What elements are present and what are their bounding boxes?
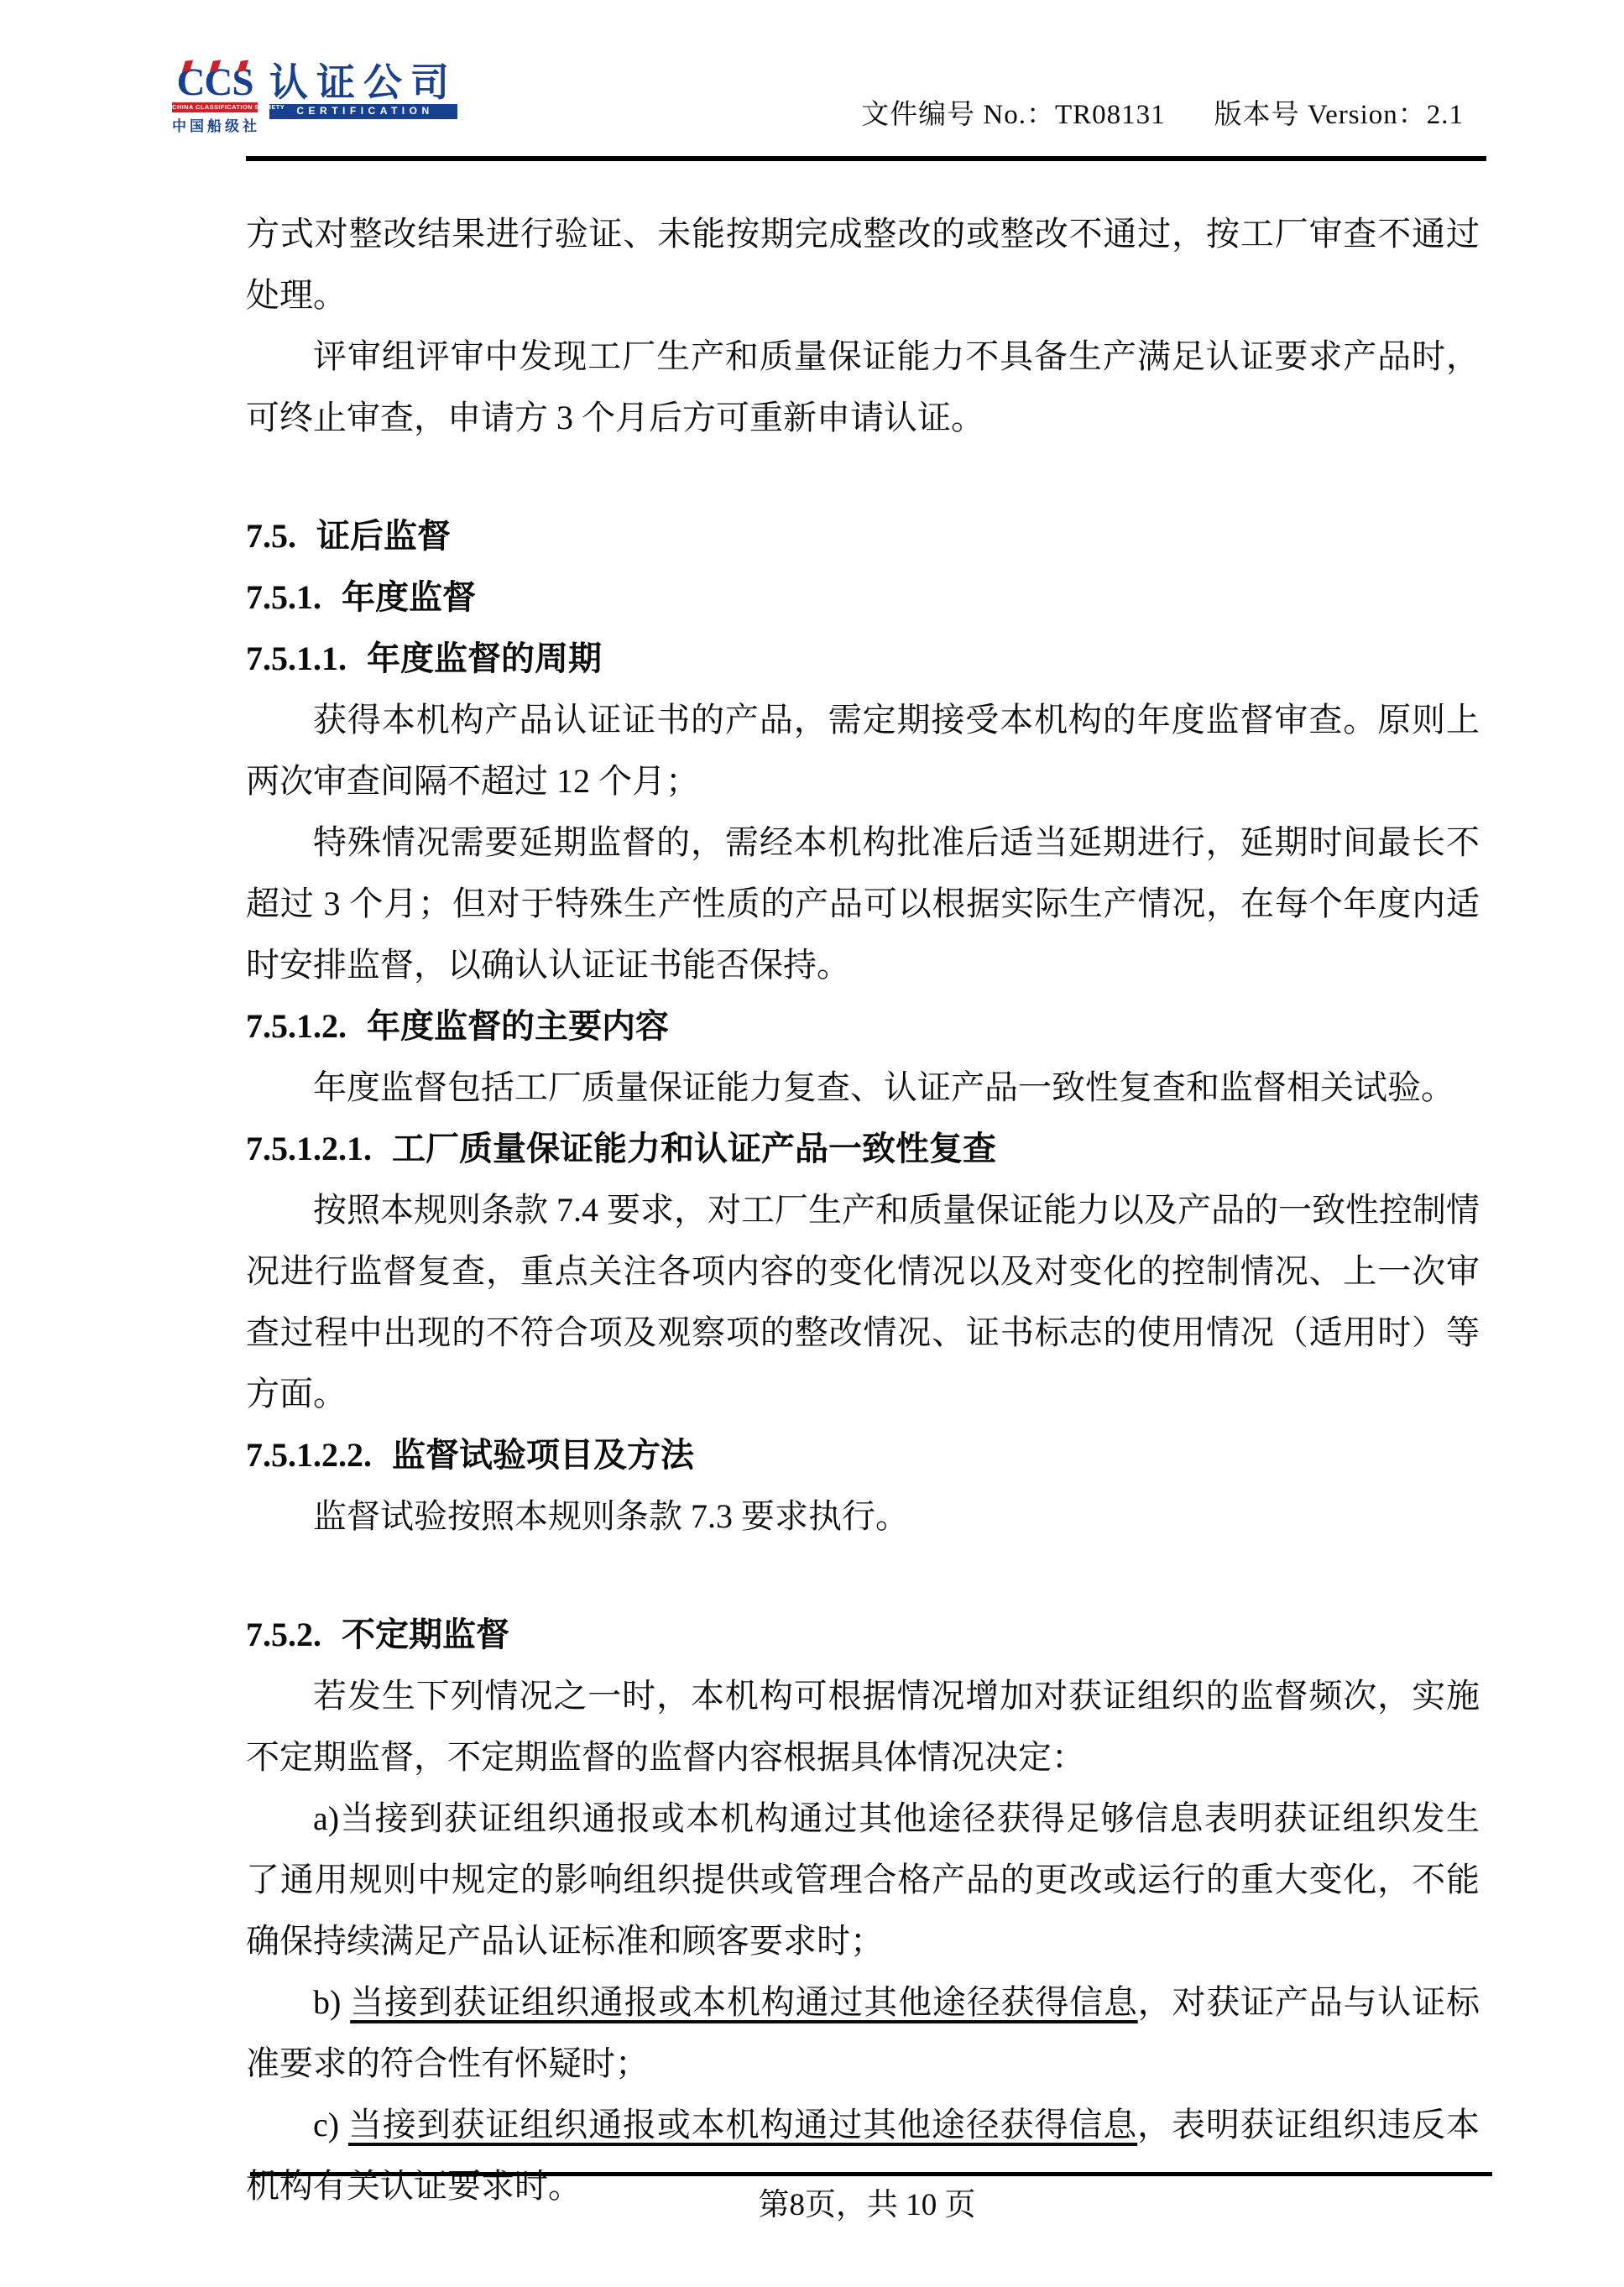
section-number: 7.5.1. xyxy=(246,578,321,616)
ccs-logo-right: 认证公司 CERTIFICATION xyxy=(269,64,457,119)
paragraph: 年度监督包括工厂质量保证能力复查、认证产品一致性复查和监督相关试验。 xyxy=(246,1057,1480,1118)
page-number: 第8页，共 10 页 xyxy=(246,2182,1488,2229)
section-heading: 7.5.1.2.年度监督的主要内容 xyxy=(246,995,1480,1057)
text-run: 若发生下列情况之一时，本机构可根据情况增加对获证组织的监督频次，实施不定期监督，… xyxy=(246,1677,1480,1776)
footer-divider xyxy=(250,2172,1492,2176)
text-run: 评审组评审中发现工厂生产和质量保证能力不具备生产满足认证要求产品时，可终止审查，… xyxy=(246,337,1480,436)
text-run: c) xyxy=(313,2106,348,2143)
text-run: 不定期监督 xyxy=(342,1616,509,1653)
text-run: 方式对整改结果进行验证、未能按期完成整改的或整改不通过，按工厂审查不通过处理。 xyxy=(246,215,1480,314)
underlined-text-run: 当接到获证组织通报或本机构通过其他途径获得信息 xyxy=(348,2106,1137,2143)
section-number: 7.5.1.2.2. xyxy=(246,1436,372,1474)
section-number: 7.5.1.2. xyxy=(246,1007,347,1045)
ccs-red-accent xyxy=(182,60,193,71)
document-page: CCS CHINA CLASSIFICATION SOCIETY 中国船级社 认… xyxy=(0,0,1624,2287)
section-heading: 7.5.1.2.1.工厂质量保证能力和认证产品一致性复查 xyxy=(246,1118,1480,1179)
section-heading: 7.5.1.2.2.监督试验项目及方法 xyxy=(246,1424,1480,1486)
paragraph: 方式对整改结果进行验证、未能按期完成整改的或整改不通过，按工厂审查不通过处理。 xyxy=(246,203,1480,326)
text-run: 年度监督的主要内容 xyxy=(367,1007,669,1045)
document-body: 方式对整改结果进行验证、未能按期完成整改的或整改不通过，按工厂审查不通过处理。评… xyxy=(246,203,1480,2217)
section-heading: 7.5.2.不定期监督 xyxy=(246,1604,1480,1665)
text-run: 证后监督 xyxy=(316,517,451,555)
text-run: 年度监督的周期 xyxy=(367,640,602,677)
paragraph: 监督试验按照本规则条款 7.3 要求执行。 xyxy=(246,1486,1480,1547)
paragraph: 按照本规则条款 7.4 要求，对工厂生产和质量保证能力以及产品的一致性控制情况进… xyxy=(246,1179,1480,1424)
header-divider xyxy=(246,156,1486,161)
text-run: a)当接到获证组织通报或本机构通过其他途径获得足够信息表明获证组织发生了通用规则… xyxy=(246,1799,1480,1960)
ccs-red-accent xyxy=(238,60,248,71)
text-run: 监督试验按照本规则条款 7.3 要求执行。 xyxy=(313,1497,909,1535)
text-run: 特殊情况需要延期监督的，需经本机构批准后适当延期进行，延期时间最长不超过 3 个… xyxy=(246,823,1480,984)
ccs-red-accents xyxy=(172,60,258,70)
text-run: 年度监督 xyxy=(342,578,476,616)
section-number: 7.5. xyxy=(246,517,296,555)
text-run: 工厂质量保证能力和认证产品一致性复查 xyxy=(392,1130,996,1167)
section-heading: 7.5.证后监督 xyxy=(246,505,1480,567)
paragraph: 获得本机构产品认证证书的产品，需定期接受本机构的年度监督审查。原则上两次审查间隔… xyxy=(246,689,1480,812)
section-number: 7.5.2. xyxy=(246,1616,321,1653)
certification-banner: CERTIFICATION xyxy=(269,104,457,119)
paragraph: b) 当接到获证组织通报或本机构通过其他途径获得信息，对获证产品与认证标准要求的… xyxy=(246,1971,1480,2094)
paragraph: a)当接到获证组织通报或本机构通过其他途径获得足够信息表明获证组织发生了通用规则… xyxy=(246,1788,1480,1971)
section-heading: 7.5.1.年度监督 xyxy=(246,567,1480,628)
doc-number-label: 文件编号 No.：TR08131 xyxy=(861,92,1166,132)
society-cn-label: 中国船级社 xyxy=(172,114,258,135)
text-run: b) xyxy=(313,1983,350,2021)
document-meta: 文件编号 No.：TR08131 版本号 Version：2.1 xyxy=(861,92,1464,132)
ccs-logo: CCS CHINA CLASSIFICATION SOCIETY 中国船级社 认… xyxy=(172,64,457,135)
paragraph: 若发生下列情况之一时，本机构可根据情况增加对获证组织的监督频次，实施不定期监督，… xyxy=(246,1665,1480,1788)
ccs-logo-text: CCS xyxy=(172,64,258,101)
ccs-red-accent xyxy=(210,60,221,71)
text-run: 年度监督包括工厂质量保证能力复查、认证产品一致性复查和监督相关试验。 xyxy=(313,1068,1454,1106)
section-heading: 7.5.1.1.年度监督的周期 xyxy=(246,628,1480,689)
text-run: 监督试验项目及方法 xyxy=(392,1436,694,1474)
brand-cn-label: 认证公司 xyxy=(269,64,457,102)
text-run: 获得本机构产品认证证书的产品，需定期接受本机构的年度监督审查。原则上两次审查间隔… xyxy=(246,701,1480,800)
underlined-text-run: 当接到获证组织通报或本机构通过其他途径获得信息 xyxy=(350,1983,1138,2021)
section-number: 7.5.1.2.1. xyxy=(246,1130,372,1167)
doc-version-label: 版本号 Version：2.1 xyxy=(1214,92,1464,132)
paragraph: 特殊情况需要延期监督的，需经本机构批准后适当延期进行，延期时间最长不超过 3 个… xyxy=(246,812,1480,995)
text-run: 按照本规则条款 7.4 要求，对工厂生产和质量保证能力以及产品的一致性控制情况进… xyxy=(246,1191,1480,1412)
ccs-logo-left: CCS CHINA CLASSIFICATION SOCIETY 中国船级社 xyxy=(172,64,258,135)
section-number: 7.5.1.1. xyxy=(246,640,347,677)
paragraph: 评审组评审中发现工厂生产和质量保证能力不具备生产满足认证要求产品时，可终止审查，… xyxy=(246,326,1480,448)
